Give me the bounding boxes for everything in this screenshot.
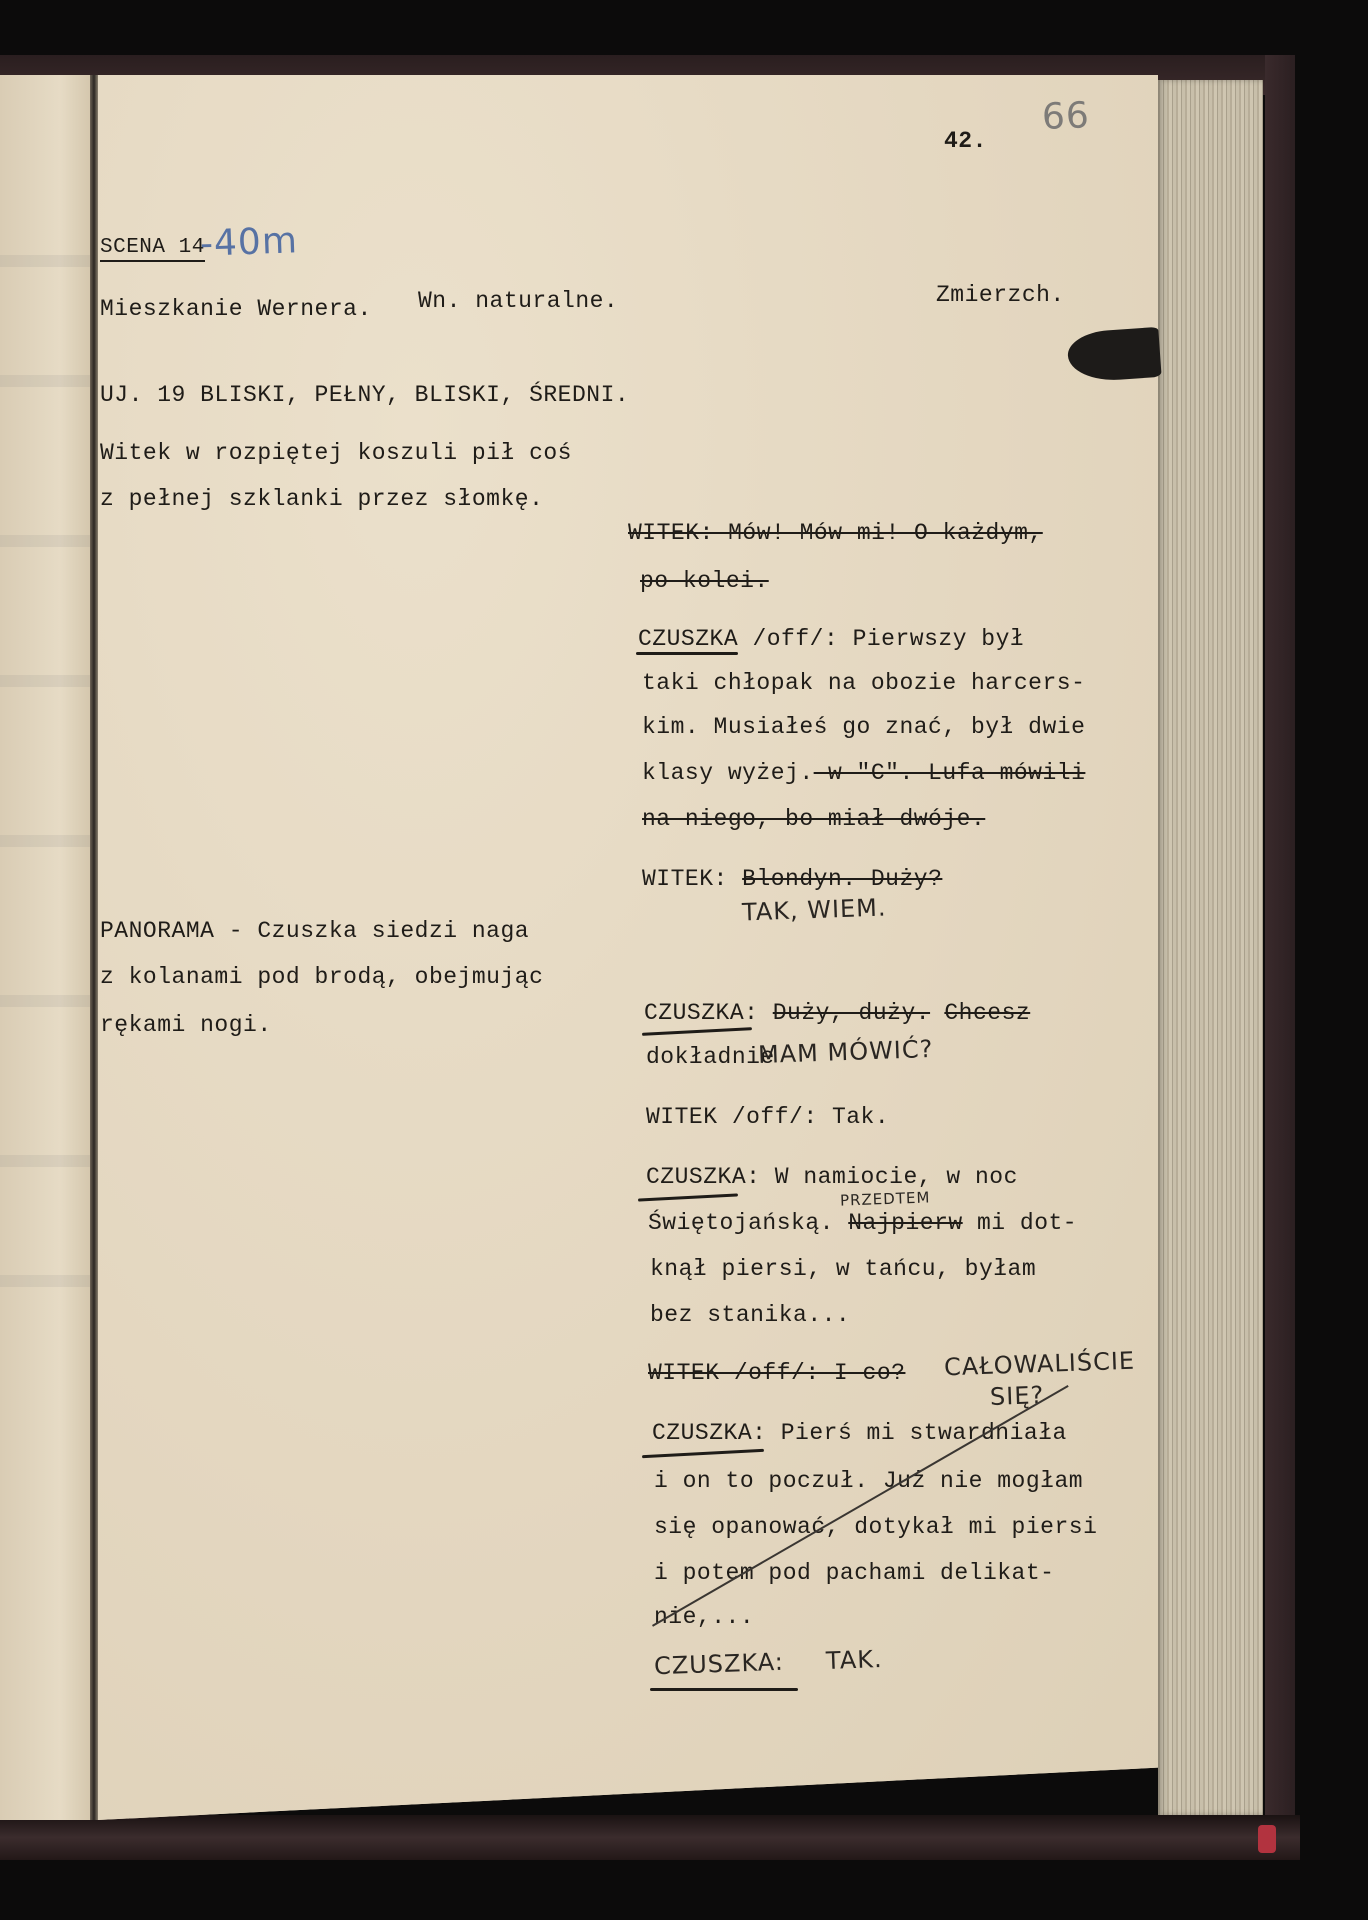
scene-setting: Wn. naturalne.: [418, 288, 618, 314]
previous-page-edge: [0, 75, 100, 1820]
scene-location: Mieszkanie Wernera.: [100, 296, 372, 322]
speaker-name: CZUSZKA:: [652, 1420, 766, 1446]
dialogue-line: kim. Musiałeś go znać, był dwie: [642, 714, 1085, 740]
dialogue-line: CZUSZKA: W namiocie, w noc: [646, 1164, 1018, 1190]
scene-time: Zmierzch.: [936, 282, 1065, 308]
dialogue-line: i on to poczuł. Już nie mogłam: [654, 1468, 1083, 1494]
panorama-line: PANORAMA - Czuszka siedzi naga: [100, 918, 529, 944]
page-stack-edges: [1158, 80, 1263, 1815]
handwritten-insert: SIĘ?: [990, 1381, 1045, 1411]
handwritten-line: TAK.: [826, 1645, 884, 1675]
dialogue-block: CZUSZKA /off/: Pierwszy był: [638, 626, 1024, 652]
panorama-line: rękami nogi.: [100, 1012, 272, 1038]
shot-list: UJ. 19 BLISKI, PEŁNY, BLISKI, ŚREDNI.: [100, 382, 629, 408]
dialogue-line: bez stanika...: [650, 1302, 850, 1328]
speaker-underline: [636, 652, 738, 655]
speaker-name: CZUSZKA:: [646, 1164, 760, 1190]
scene-heading: SCENA 14: [100, 236, 205, 259]
dialogue-line: CZUSZKA: Pierś mi stwardniała: [652, 1420, 1067, 1446]
handwritten-speaker: CZUSZKA:: [654, 1648, 785, 1681]
book-cover-spine-edge: [1265, 55, 1295, 1825]
script-page: [98, 75, 1158, 1820]
dialogue-line: CZUSZKA: Duży, duży. Chcesz: [644, 1000, 1030, 1026]
pencil-page-number: 66: [1041, 95, 1090, 138]
handwritten-insert: PRZEDTEM: [840, 1188, 931, 1209]
dialogue-line: WITEK /off/: Tak.: [646, 1104, 889, 1130]
dialogue-line: Świętojańską. Najpierw mi dot-: [648, 1210, 1077, 1236]
dialogue-line: knął piersi, w tańcu, byłam: [650, 1256, 1036, 1282]
dialogue-line-struck: na niego, bo miał dwóje.: [642, 806, 985, 832]
speaker-underline: [650, 1688, 798, 1691]
dialogue-line-struck: WITEK: Mów! Mów mi! O każdym,: [628, 520, 1043, 546]
cover-corner-mark: [1258, 1825, 1276, 1853]
scene-description-line: z pełnej szklanki przez słomkę.: [100, 486, 543, 512]
panorama-line: z kolanami pod brodą, obejmując: [100, 964, 543, 990]
dialogue-line: klasy wyżej. w "C". Lufa mówili: [642, 760, 1085, 786]
speaker-name: WITEK:: [642, 866, 728, 892]
dialogue-line: dokładnie: [646, 1044, 775, 1070]
dialogue-line: WITEK: Blondyn. Duży?: [642, 866, 942, 892]
dialogue-line-struck: WITEK /off/: I co?: [648, 1360, 905, 1386]
book-gutter: [90, 75, 98, 1820]
scene-description-line: Witek w rozpiętej koszuli pił coś: [100, 440, 572, 466]
handwritten-length: -40m: [199, 220, 298, 264]
dialogue-line: się opanować, dotykał mi piersi: [654, 1514, 1097, 1540]
dialogue-line: i potem pod pachami delikat-: [654, 1560, 1054, 1586]
speaker-name: WITEK /off/:: [646, 1104, 818, 1130]
speaker-name: CZUSZKA: [638, 626, 738, 652]
dialogue-line-struck: po kolei.: [640, 568, 769, 594]
dialogue-line: taki chłopak na obozie harcers-: [642, 670, 1085, 696]
typed-page-number: 42.: [944, 128, 987, 154]
speaker-name: CZUSZKA:: [644, 1000, 758, 1026]
handwritten-insert: TAK, WIEM.: [742, 893, 887, 926]
book-cover-bottom: [0, 1815, 1300, 1860]
